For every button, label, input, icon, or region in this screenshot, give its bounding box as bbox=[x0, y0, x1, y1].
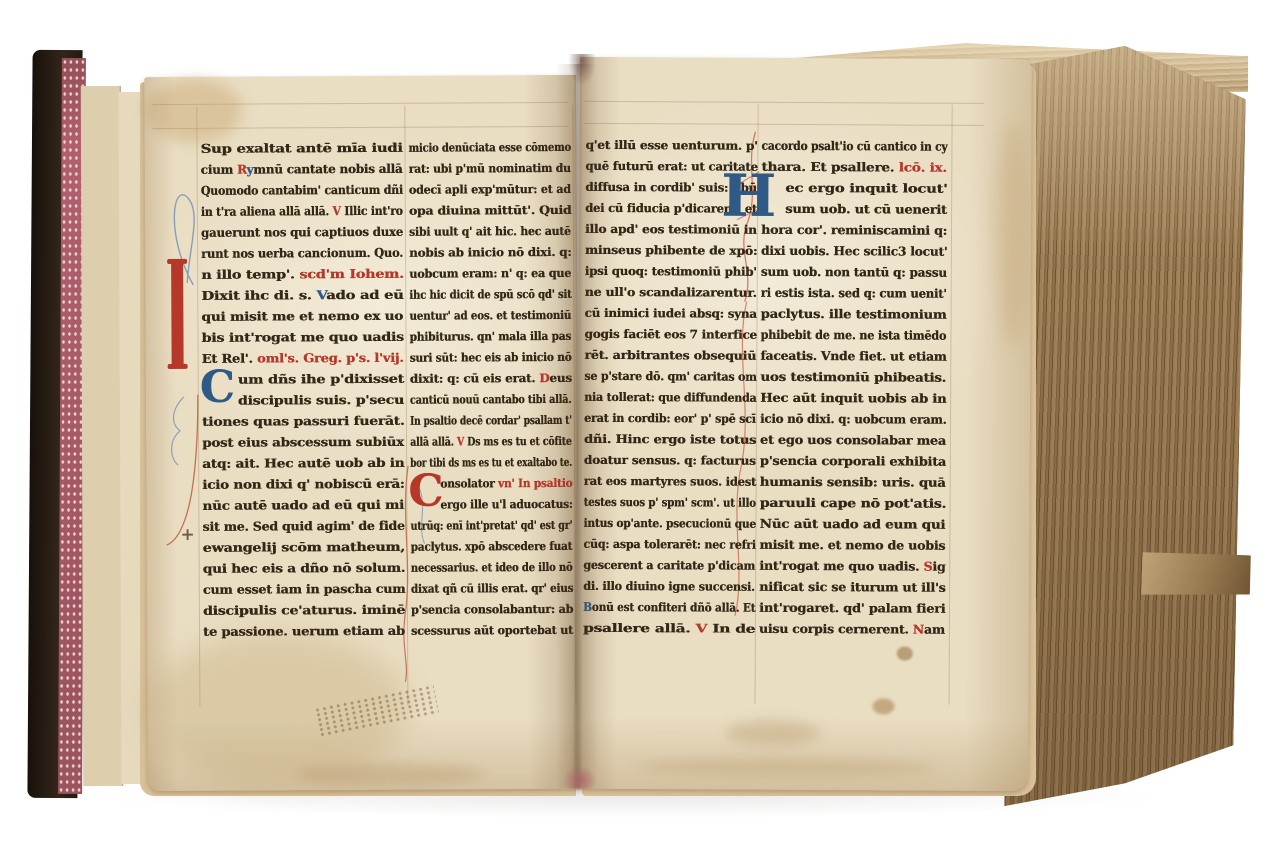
manuscript-line: allā allā. V Ds ms es tu et cōfite bbox=[410, 431, 572, 453]
manuscript-line: discipulis ce'aturus. iminē bbox=[203, 600, 405, 622]
manuscript-line: qui misit me et nemo ex uo bbox=[201, 306, 403, 328]
manuscript-line: testes suos p' spm' scm'. ut illo bbox=[584, 492, 756, 514]
book-fore-edge bbox=[1002, 46, 1248, 806]
manuscript-line: tiones quas passuri fuerāt. bbox=[202, 411, 404, 433]
parchment-stain bbox=[146, 79, 242, 144]
manuscript-line: p'sencia consolabantur: ab bbox=[411, 599, 573, 621]
manuscript-line: Dixit ihc di. s. Vado ad eū bbox=[201, 285, 403, 307]
manuscript-line: dixit: q: cū eis erat. Deus bbox=[410, 368, 572, 390]
manuscript-line: doatur sensus. q: facturus bbox=[584, 450, 756, 472]
manuscript-line: sum uob. non tantū q: passu bbox=[761, 262, 947, 284]
manuscript-line: psallere allā. V In de bbox=[583, 618, 755, 640]
manuscript-line: in t'ra aliena allā allā. V Illic int'ro bbox=[201, 201, 403, 223]
text-column-4: cacordo psalt'io cū cantico in cythara. … bbox=[759, 136, 948, 641]
ruling-line bbox=[152, 102, 568, 105]
manuscript-line: Bonū est confiteri dñō allā. Et bbox=[583, 597, 755, 619]
manuscript-line: odecī apli exp'mūtur: et ad bbox=[409, 179, 571, 201]
manuscript-line: sit me. Sed quid agim' de fide bbox=[202, 516, 404, 538]
right-page: q'et illū esse uenturum. p'quē futurū er… bbox=[576, 57, 1032, 791]
manuscript-line: Hec aūt inquit uobis ab in bbox=[760, 388, 946, 410]
manuscript-line: rēt. arbitrantes obsequiū bbox=[584, 345, 756, 367]
manuscript-line: ri estis ista. sed q: cum uenit' bbox=[761, 283, 947, 305]
ruling-line bbox=[584, 123, 984, 126]
illuminated-initial: C bbox=[200, 368, 235, 408]
manuscript-line: ipsi quoq: testimoniū phib' bbox=[585, 261, 757, 283]
manuscript-photo: Sup exaltat antē mīa iudicium Rymnū cant… bbox=[0, 0, 1280, 860]
manuscript-line: gogis faciēt eos 7 interfice bbox=[584, 324, 756, 346]
manuscript-line: utrūq: enī int'pretat' qd' est gr' bbox=[410, 515, 572, 537]
manuscript-line: thara. Et psallere. lcō. ix. bbox=[761, 157, 947, 179]
manuscript-line: nia tollerat: que diffundenda bbox=[584, 387, 756, 409]
manuscript-line: minseus phibente de xpō: bbox=[585, 240, 757, 262]
manuscript-line: post eius abscessum subiūx bbox=[202, 432, 404, 454]
illuminated-initial: H bbox=[721, 170, 776, 222]
manuscript-line: te passione. uerum etiam ab bbox=[203, 621, 405, 643]
manuscript-line: icio non dixi q' nobiscū erā: bbox=[202, 474, 404, 496]
manuscript-line: opa diuina mittūt'. Quid bbox=[409, 200, 571, 222]
manuscript-line: canticū nouū cantabo tibi allā. bbox=[410, 389, 572, 411]
manuscript-line: Nūc aūt uado ad eum qui bbox=[759, 514, 945, 536]
manuscript-line: paclytus. xpō abscedere fuat bbox=[411, 536, 573, 558]
parchment-stain bbox=[872, 698, 894, 714]
manuscript-line: phibiturus. qn' mala illa pas bbox=[409, 326, 571, 348]
manuscript-line: runt nos uerba cancionum. Quo. bbox=[201, 243, 403, 265]
manuscript-line: di. illo diuino igne succensi. bbox=[583, 576, 755, 598]
parchment-stain bbox=[636, 757, 936, 777]
manuscript-line: uobcum eram: n' q: ea que bbox=[409, 263, 571, 285]
manuscript-line: uentur' ad eos. et testimoniū bbox=[409, 305, 571, 327]
manuscript-line: cium Rymnū cantate nobis allā bbox=[201, 159, 403, 181]
illuminated-initial: C bbox=[408, 472, 443, 512]
manuscript-line: Quomodo cantabim' canticum dñi bbox=[201, 180, 403, 202]
manuscript-line: ewangelij scōm matheum, bbox=[203, 537, 405, 559]
manuscript-line: int'rogaret. qd' palam fieri bbox=[759, 598, 945, 620]
manuscript-line: ihc hic dicit de spū scō qd' sit bbox=[409, 284, 571, 306]
manuscript-line: int'rogat me quo uadis. Sig bbox=[759, 556, 945, 578]
manuscript-line: dixat qñ cū illis erat. qr' eius bbox=[411, 578, 573, 600]
manuscript-line: ec ergo inquit locut' bbox=[761, 178, 947, 200]
manuscript-line: cūq: aspa tolerarēt: nec refri bbox=[583, 534, 755, 556]
manuscript-line: dixi uobis. Hec scilic3 locut' bbox=[761, 241, 947, 263]
ruling-line bbox=[584, 101, 984, 104]
parchment-stain bbox=[726, 720, 820, 746]
manuscript-line: sibi uult q' ait hic. hec autē bbox=[409, 221, 571, 243]
erased-text-smudge bbox=[314, 684, 440, 737]
manuscript-line: phibebit de me. ne ista timēdo bbox=[760, 325, 946, 347]
manuscript-line: paclytus. ille testimonium bbox=[761, 304, 947, 326]
margin-cross-mark: + bbox=[180, 525, 194, 545]
manuscript-line: hora cor'. reminiscamini q: bbox=[761, 220, 947, 242]
ruling-line bbox=[949, 105, 953, 705]
manuscript-line: rat eos martyres suos. idest bbox=[584, 471, 756, 493]
manuscript-line: rat: ubi p'mū nominatim du bbox=[409, 158, 571, 180]
manuscript-line: se p'stare dō. qm' caritas om bbox=[584, 366, 756, 388]
parchment-stain bbox=[296, 763, 486, 786]
manuscript-line: atq: ait. Hec autē uob ab in bbox=[202, 453, 404, 475]
manuscript-line: cū inimici iudei absq: syna bbox=[585, 303, 757, 325]
ruling-line bbox=[152, 126, 568, 129]
manuscript-line: humanis sensib: uris. quā bbox=[760, 472, 946, 494]
left-page: Sup exaltat antē mīa iudicium Rymnū cant… bbox=[144, 75, 580, 791]
manuscript-line: suri sūt: hec eis ab inicio nō bbox=[410, 347, 572, 369]
manuscript-line: paruuli cape nō pot'atis. bbox=[760, 493, 946, 515]
manuscript-line: uisu corpis cernerent. Nam bbox=[759, 619, 945, 641]
manuscript-line: misit me. et nemo de uobis bbox=[759, 535, 945, 557]
manuscript-line: qui hec eis a dño nō solum. bbox=[203, 558, 405, 580]
manuscript-line: bis int'rogat me quo uadis bbox=[201, 327, 403, 349]
manuscript-line: erat in cordib: eor' p' spē scī bbox=[584, 408, 756, 430]
manuscript-line: et ego uos consolabar mea bbox=[760, 430, 946, 452]
manuscript-line: gauerunt nos qui captiuos duxe bbox=[201, 222, 403, 244]
parchment-stain bbox=[897, 646, 913, 660]
manuscript-line: icio nō dixi. q: uobcum eram. bbox=[760, 409, 946, 431]
illuminated-initial bbox=[171, 261, 184, 367]
text-column-2: micio denūciata esse cōmemorat: ubi p'mū… bbox=[408, 137, 573, 642]
manuscript-line: intus op'ante. psecucionū que bbox=[583, 513, 755, 535]
manuscript-line: sum uob. ut cū uenerit bbox=[761, 199, 947, 221]
manuscript-line: nobis ab inicio nō dixi. q: bbox=[409, 242, 571, 264]
manuscript-line: cum esset iam in pascha cum bbox=[203, 579, 405, 601]
manuscript-line: necessarius. et ideo de illo nō bbox=[411, 557, 573, 579]
manuscript-line: nificat sic se iturum ut ill's bbox=[759, 577, 945, 599]
gutter-dyed-edge bbox=[564, 766, 596, 790]
manuscript-line: gescerent a caritate p'dicam bbox=[583, 555, 755, 577]
flyleaf-edge bbox=[81, 86, 123, 786]
gutter-top-shadow bbox=[568, 54, 596, 86]
manuscript-line: p'sencia corporali exhibita bbox=[760, 451, 946, 473]
manuscript-line: micio denūciata esse cōmemo bbox=[408, 137, 570, 159]
manuscript-line: q'et illū esse uenturum. p' bbox=[585, 135, 757, 157]
manuscript-line: Sup exaltat antē mīa iudi bbox=[200, 138, 402, 160]
manuscript-line: dñi. Hinc ergo iste totus bbox=[584, 429, 756, 451]
parchment-stain bbox=[996, 119, 1029, 349]
manuscript-line: ne ull'o scandalizarentur. bbox=[585, 282, 757, 304]
text-column-1: Sup exaltat antē mīa iudicium Rymnū cant… bbox=[200, 138, 405, 643]
manuscript-line: n illo temp'. scd'm Iohem. bbox=[201, 264, 403, 286]
manuscript-line: In psaltio decē cordar' psallam t' bbox=[410, 410, 572, 432]
manuscript-line: scessurus aūt oportebat ut bbox=[411, 620, 573, 642]
manuscript-line: faceatis. Vnde fiet. ut etiam bbox=[760, 346, 946, 368]
manuscript-line: uos testimoniū phibeatis. bbox=[760, 367, 946, 389]
manuscript-line: nūc autē uado ad eū qui mi bbox=[202, 495, 404, 517]
manuscript-line: cacordo psalt'io cū cantico in cy bbox=[761, 136, 947, 158]
